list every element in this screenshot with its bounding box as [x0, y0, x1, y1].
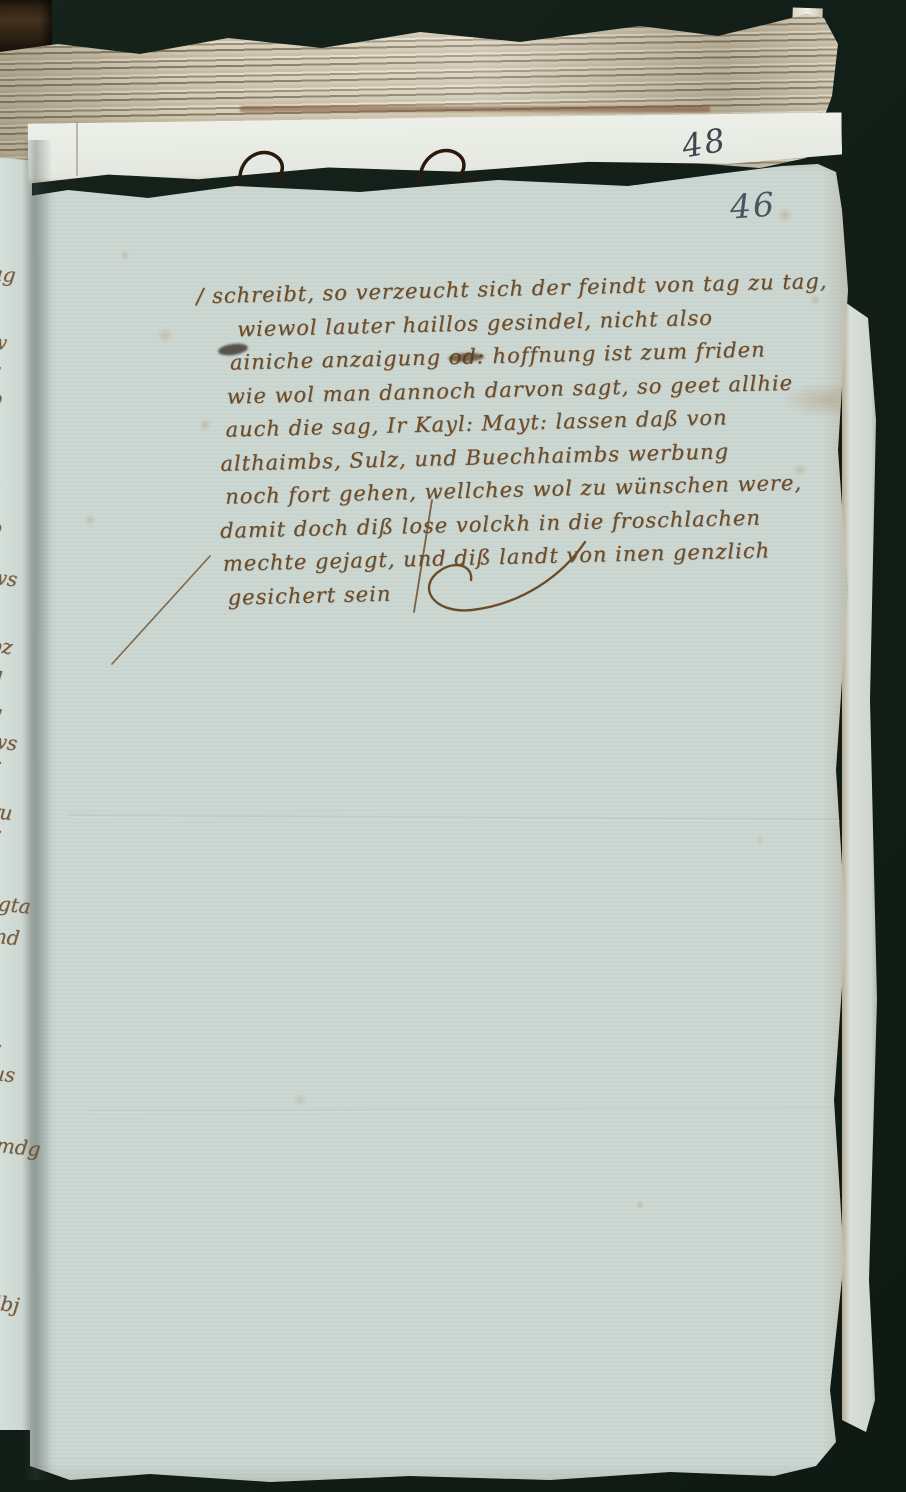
heading-remnant-dot	[468, 176, 473, 181]
paper-seam	[76, 122, 78, 176]
folio-number-behind: 48	[679, 120, 730, 165]
manuscript-text-block: / schreibt, so verzeucht sich der feindt…	[212, 268, 860, 619]
folio-number-current: 46	[729, 184, 778, 226]
manuscript-photo: 48 46 / schreibt, so verzeucht sich der …	[0, 0, 906, 1492]
facing-page-strip	[0, 100, 32, 1430]
